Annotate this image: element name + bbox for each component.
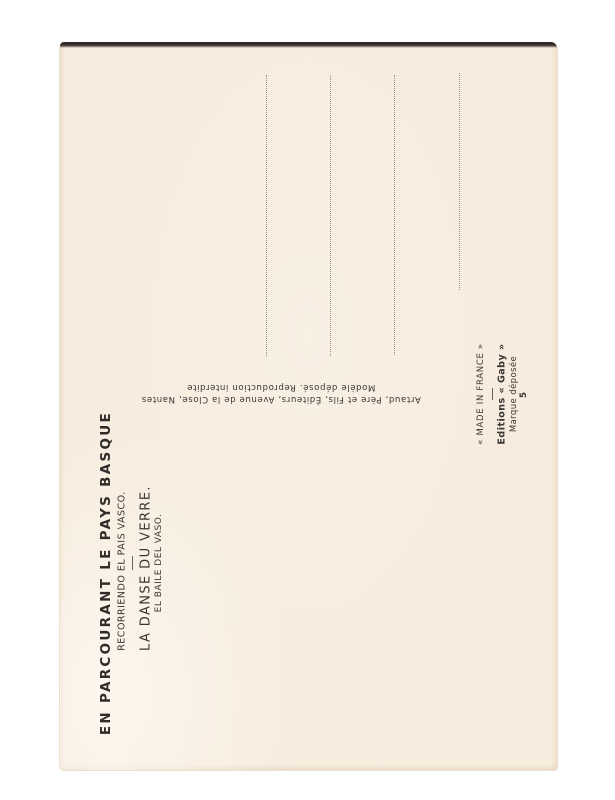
worn-top-edge [60, 42, 557, 48]
imprint-divider [492, 388, 493, 400]
subject-spanish: EL BAILE DEL VASO. [154, 514, 164, 613]
caption-divider [132, 556, 133, 570]
publisher-rights: Modèle déposé. Reproduction interdite [141, 381, 421, 393]
address-line-2 [330, 75, 331, 356]
trademark-notice: Marque déposée [509, 356, 519, 432]
address-line-1 [266, 75, 267, 357]
card-number: 5 [519, 392, 529, 398]
editions-name: Editions « Gaby » [497, 343, 508, 444]
series-title-spanish: RECORRIENDO EL PAIS VASCO. [117, 491, 128, 651]
subject-french: LA DANSE DU VERRE. [139, 485, 154, 651]
address-line-3 [394, 75, 395, 355]
series-title: EN PARCOURANT LE PAYS BASQUE [98, 411, 114, 735]
address-line-4 [459, 73, 460, 290]
postcard-back: EN PARCOURANT LE PAYS BASQUE RECORRIENDO… [60, 45, 557, 770]
publisher-address: Artaud, Père et Fils, Éditeurs, Avenue d… [141, 393, 421, 405]
made-in-france: « MADE IN FRANCE » [476, 343, 486, 445]
publisher-block: Artaud, Père et Fils, Éditeurs, Avenue d… [141, 381, 421, 405]
